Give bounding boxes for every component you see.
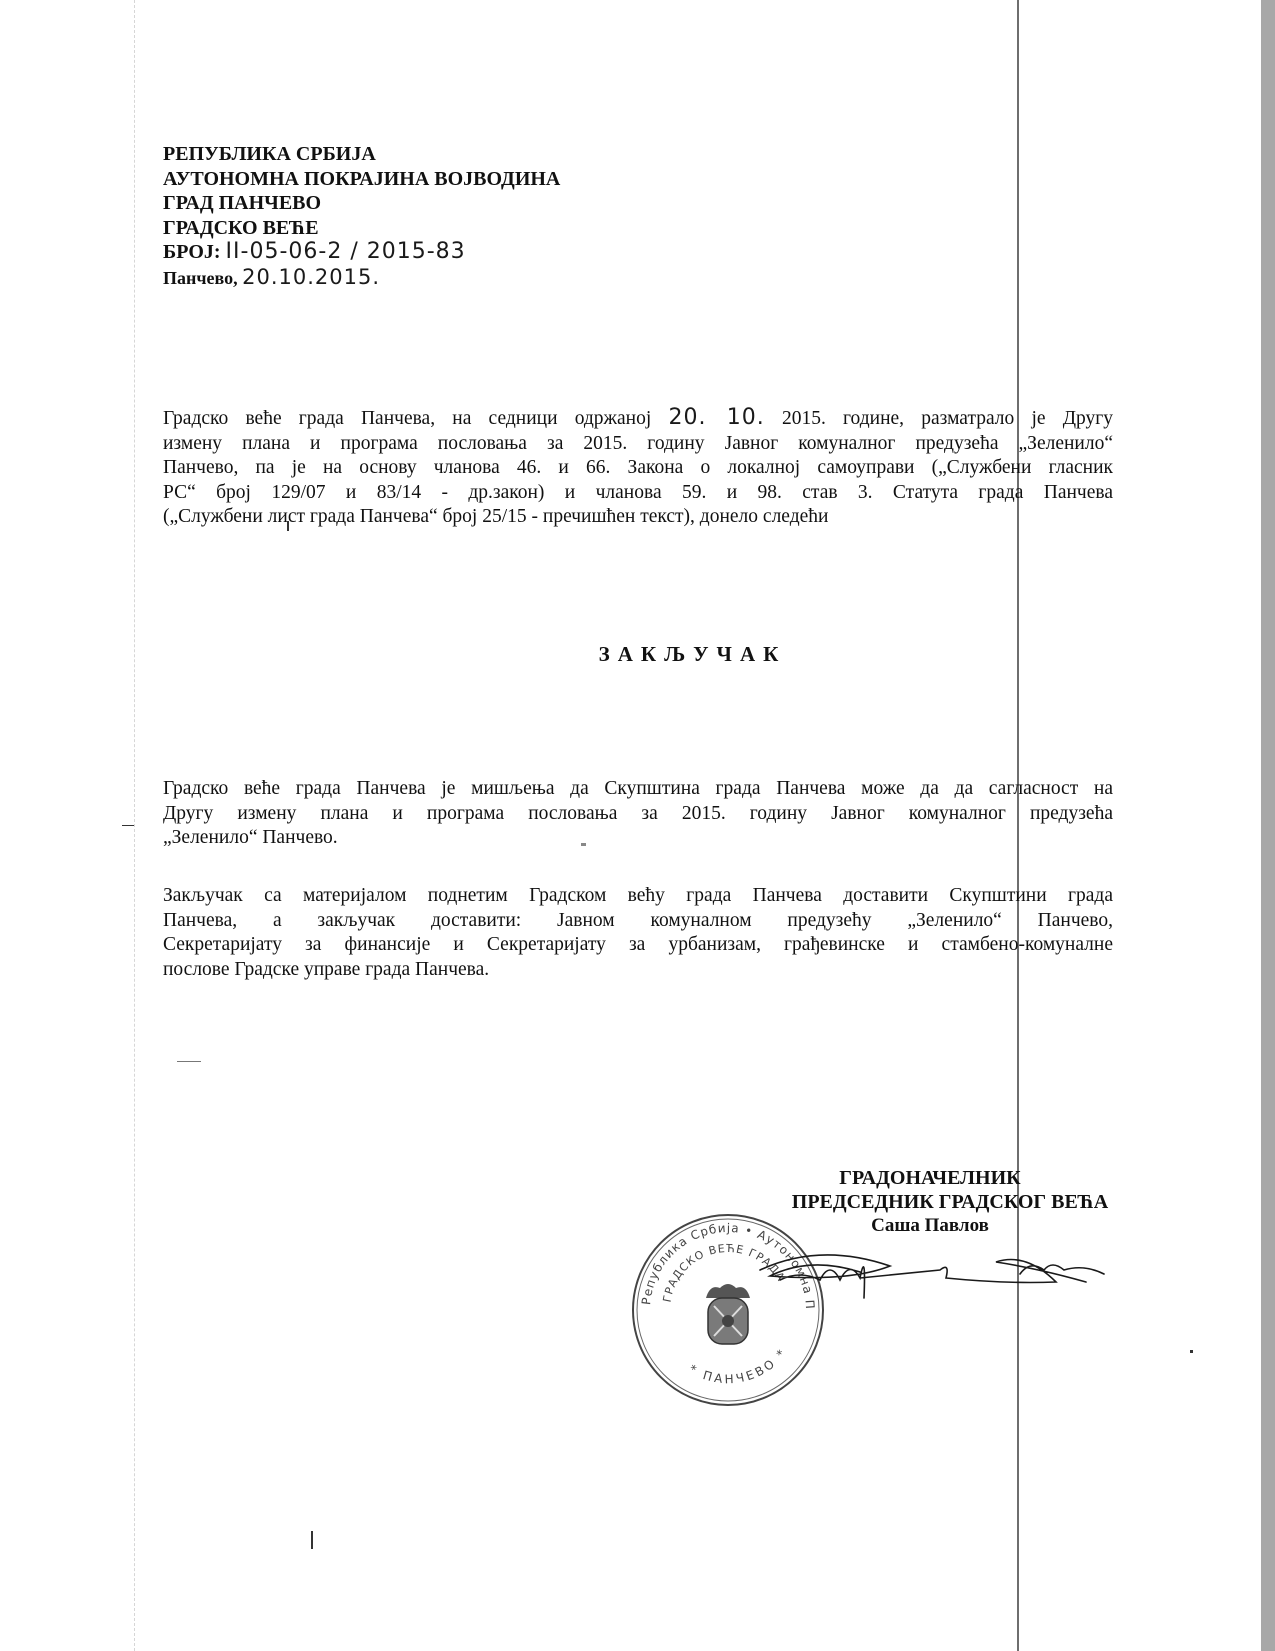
signature-block: ГРАДОНАЧЕЛНИК ПРЕДСЕДНИК ГРАДСКОГ ВЕЋА С… bbox=[730, 1166, 1130, 1238]
scan-edge-shadow bbox=[1261, 0, 1275, 1651]
conclusion-line-1: Градско веће града Панчева је мишљења да… bbox=[163, 777, 1113, 802]
delivery-line-2: Панчева, а закључак доставити: Јавном ко… bbox=[163, 909, 1113, 934]
intro-line-1-start: Градско веће града Панчева, на седници о… bbox=[163, 408, 668, 429]
delivery-line-4: послове Градске управе града Панчева. bbox=[163, 958, 1113, 983]
delivery-paragraph: Закључак са материјалом поднетим Градско… bbox=[163, 884, 1113, 982]
intro-paragraph: Градско веће града Панчева, на седници о… bbox=[163, 406, 1113, 530]
signatory-title-mayor: ГРАДОНАЧЕЛНИК bbox=[730, 1166, 1130, 1190]
header-document-number: БРОЈ: II-05-06-2 / 2015-83 bbox=[163, 240, 560, 265]
handwritten-session-date: 20. 10. bbox=[668, 405, 764, 430]
scanned-document-page: РЕПУБЛИКА СРБИЈА АУТОНОМНА ПОКРАЈИНА ВОЈ… bbox=[0, 0, 1275, 1651]
intro-line-3: Панчево, па је на основу чланова 46. и 6… bbox=[163, 456, 1113, 481]
handwritten-date: 20.10.2015. bbox=[242, 265, 380, 289]
conclusion-paragraph: Градско веће града Панчева је мишљења да… bbox=[163, 777, 1113, 851]
conclusion-line-2: Другу измену плана и програма пословања … bbox=[163, 802, 1113, 827]
intro-line-1-end: 2015. године, разматрало је Другу bbox=[765, 408, 1113, 429]
scan-margin-artifact bbox=[134, 0, 135, 1651]
signatory-name: Саша Павлов bbox=[730, 1214, 1130, 1238]
header-line-council: ГРАДСКО ВЕЋЕ bbox=[163, 216, 560, 241]
svg-text:* ПАНЧЕВО *: * ПАНЧЕВО * bbox=[687, 1345, 791, 1387]
intro-line-5: („Службени лист града Панчева“ број 25/1… bbox=[163, 505, 1113, 530]
scan-speck bbox=[311, 1531, 313, 1549]
scan-speck bbox=[581, 843, 586, 846]
scan-speck bbox=[177, 1061, 201, 1062]
conclusion-line-3: „Зеленило“ Панчево. bbox=[163, 826, 1113, 851]
header-place-date: Панчево, 20.10.2015. bbox=[163, 265, 560, 291]
delivery-line-1: Закључак са материјалом поднетим Градско… bbox=[163, 884, 1113, 909]
intro-line-2: измену плана и програма пословања за 201… bbox=[163, 432, 1113, 457]
header-line-province: АУТОНОМНА ПОКРАЈИНА ВОЈВОДИНА bbox=[163, 167, 560, 192]
document-header: РЕПУБЛИКА СРБИЈА АУТОНОМНА ПОКРАЈИНА ВОЈ… bbox=[163, 142, 560, 290]
document-title: ЗАКЉУЧАК bbox=[0, 642, 1275, 667]
signatory-title-council-president: ПРЕДСЕДНИК ГРАДСКОГ ВЕЋА bbox=[770, 1190, 1130, 1214]
scan-speck bbox=[287, 521, 289, 531]
handwritten-signature-icon bbox=[720, 1240, 1120, 1300]
intro-line-1: Градско веће града Панчева, на седници о… bbox=[163, 406, 1113, 432]
header-line-republic: РЕПУБЛИКА СРБИЈА bbox=[163, 142, 560, 167]
delivery-line-3: Секретаријату за финансије и Секретарија… bbox=[163, 933, 1113, 958]
scan-speck bbox=[1190, 1350, 1193, 1353]
scan-speck bbox=[122, 825, 134, 826]
place-label: Панчево, bbox=[163, 268, 238, 288]
header-line-city: ГРАД ПАНЧЕВО bbox=[163, 191, 560, 216]
intro-line-4: РС“ број 129/07 и 83/14 - др.закон) и чл… bbox=[163, 481, 1113, 506]
handwritten-document-number: II-05-06-2 / 2015-83 bbox=[226, 239, 466, 264]
number-label: БРОЈ: bbox=[163, 241, 221, 263]
